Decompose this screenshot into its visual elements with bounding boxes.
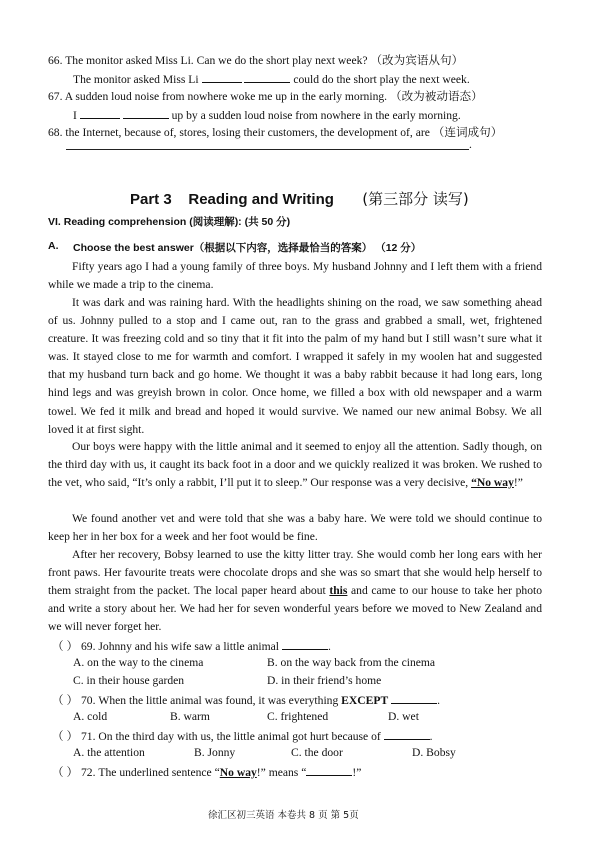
page-footer: 徐汇区初三英语 本卷共 8 页 第 5页 [208,807,359,821]
part-title: Part 3 Reading and Writing (第三部分 读写) [130,188,469,209]
passage-paragraph-2: It was dark and was raining hard. With t… [48,294,542,439]
question-number: 67. [48,90,63,103]
question-stem: 70. When the little animal was found, it… [81,694,338,707]
mcq-69: （ ） 69. Johnny and his wife saw a little… [52,638,331,654]
option-b[interactable]: B. warm [170,710,210,723]
mcq-70: （ ） 70. When the little animal was found… [52,692,440,708]
answer-line-68[interactable] [66,138,469,150]
answer-bracket[interactable]: （ ） [52,730,78,743]
question-instruction: （改为被动语态） [390,90,483,103]
question-stem: 71. On the third day with us, the little… [81,730,381,743]
question-number: 68. [48,126,63,139]
question-stem: 69. Johnny and his wife saw a little ani… [81,640,279,653]
answer-end-period: . [469,138,472,151]
option-c[interactable]: C. frightened [267,710,328,723]
question-instruction: （改为宾语从句） [370,54,463,67]
answer-line-67: I up by a sudden loud noise from nowhere… [73,108,461,123]
part-title-cn: (第三部分 读写) [362,190,468,208]
question-end: . [328,640,331,653]
mcq-71: （ ） 71. On the third day with us, the li… [52,728,433,744]
option-d[interactable]: D. in their friend’s home [267,674,381,687]
answer-line-66: The monitor asked Miss Li could do the s… [73,72,470,87]
answer-bracket[interactable]: （ ） [52,640,78,653]
passage-paragraph-5: After her recovery, Bobsy learned to use… [48,546,542,636]
option-c[interactable]: C. the door [291,746,343,759]
answer-blank [391,693,437,704]
answer-blank [384,729,430,740]
answer-blank[interactable] [80,108,120,119]
option-d[interactable]: D. wet [388,710,419,723]
question-text: The monitor asked Miss Li. Can we do the… [65,54,367,67]
part-title-en: Part 3 Reading and Writing [130,191,334,208]
subsection-label: A. [48,240,59,252]
answer-bracket[interactable]: （ ） [52,766,78,779]
option-a[interactable]: A. the attention [73,746,145,759]
question-stem: !” means “ [257,766,307,779]
section-heading: VI. Reading comprehension (阅读理解): (共 50 … [48,214,290,229]
question-67: 67. A sudden loud noise from nowhere wok… [48,90,483,104]
question-66: 66. The monitor asked Miss Li. Can we do… [48,54,463,68]
answer-suffix: up by a sudden loud noise from nowhere i… [172,109,461,122]
option-a[interactable]: A. on the way to the cinema [73,656,203,669]
paragraph-text: Our boys were happy with the little anim… [48,440,542,489]
answer-blank[interactable] [123,108,169,119]
underlined-no-way: “No way [471,476,514,489]
underlined-no-way: No way [220,766,257,779]
option-b[interactable]: B. Jonny [194,746,235,759]
answer-prefix: I [73,109,77,122]
option-b[interactable]: B. on the way back from the cinema [267,656,435,669]
question-end: !” [352,766,361,779]
answer-blank[interactable] [244,72,290,83]
passage-paragraph-1: Fifty years ago I had a young family of … [48,258,542,294]
question-stem: 72. The underlined sentence “ [81,766,220,779]
underlined-this: this [329,584,347,597]
question-text: A sudden loud noise from nowhere woke me… [65,90,387,103]
option-d[interactable]: D. Bobsy [412,746,456,759]
question-end: . [430,730,433,743]
question-emphasis: EXCEPT [341,694,388,707]
question-end: . [437,694,440,707]
option-c[interactable]: C. in their house garden [73,674,184,687]
answer-prefix: The monitor asked Miss Li [73,73,199,86]
mcq-72: （ ） 72. The underlined sentence “No way!… [52,764,361,780]
question-number: 66. [48,54,63,67]
answer-blank [282,639,328,650]
subsection-heading: Choose the best answer（根据以下内容，选择最恰当的答案） … [73,240,421,255]
answer-bracket[interactable]: （ ） [52,694,78,707]
answer-blank[interactable] [306,765,352,776]
answer-suffix: could do the short play the next week. [293,73,469,86]
paragraph-text: !” [514,476,523,489]
passage-paragraph-3: Our boys were happy with the little anim… [48,438,542,492]
passage-paragraph-4: We found another vet and were told that … [48,510,542,546]
option-a[interactable]: A. cold [73,710,107,723]
answer-blank[interactable] [202,72,242,83]
